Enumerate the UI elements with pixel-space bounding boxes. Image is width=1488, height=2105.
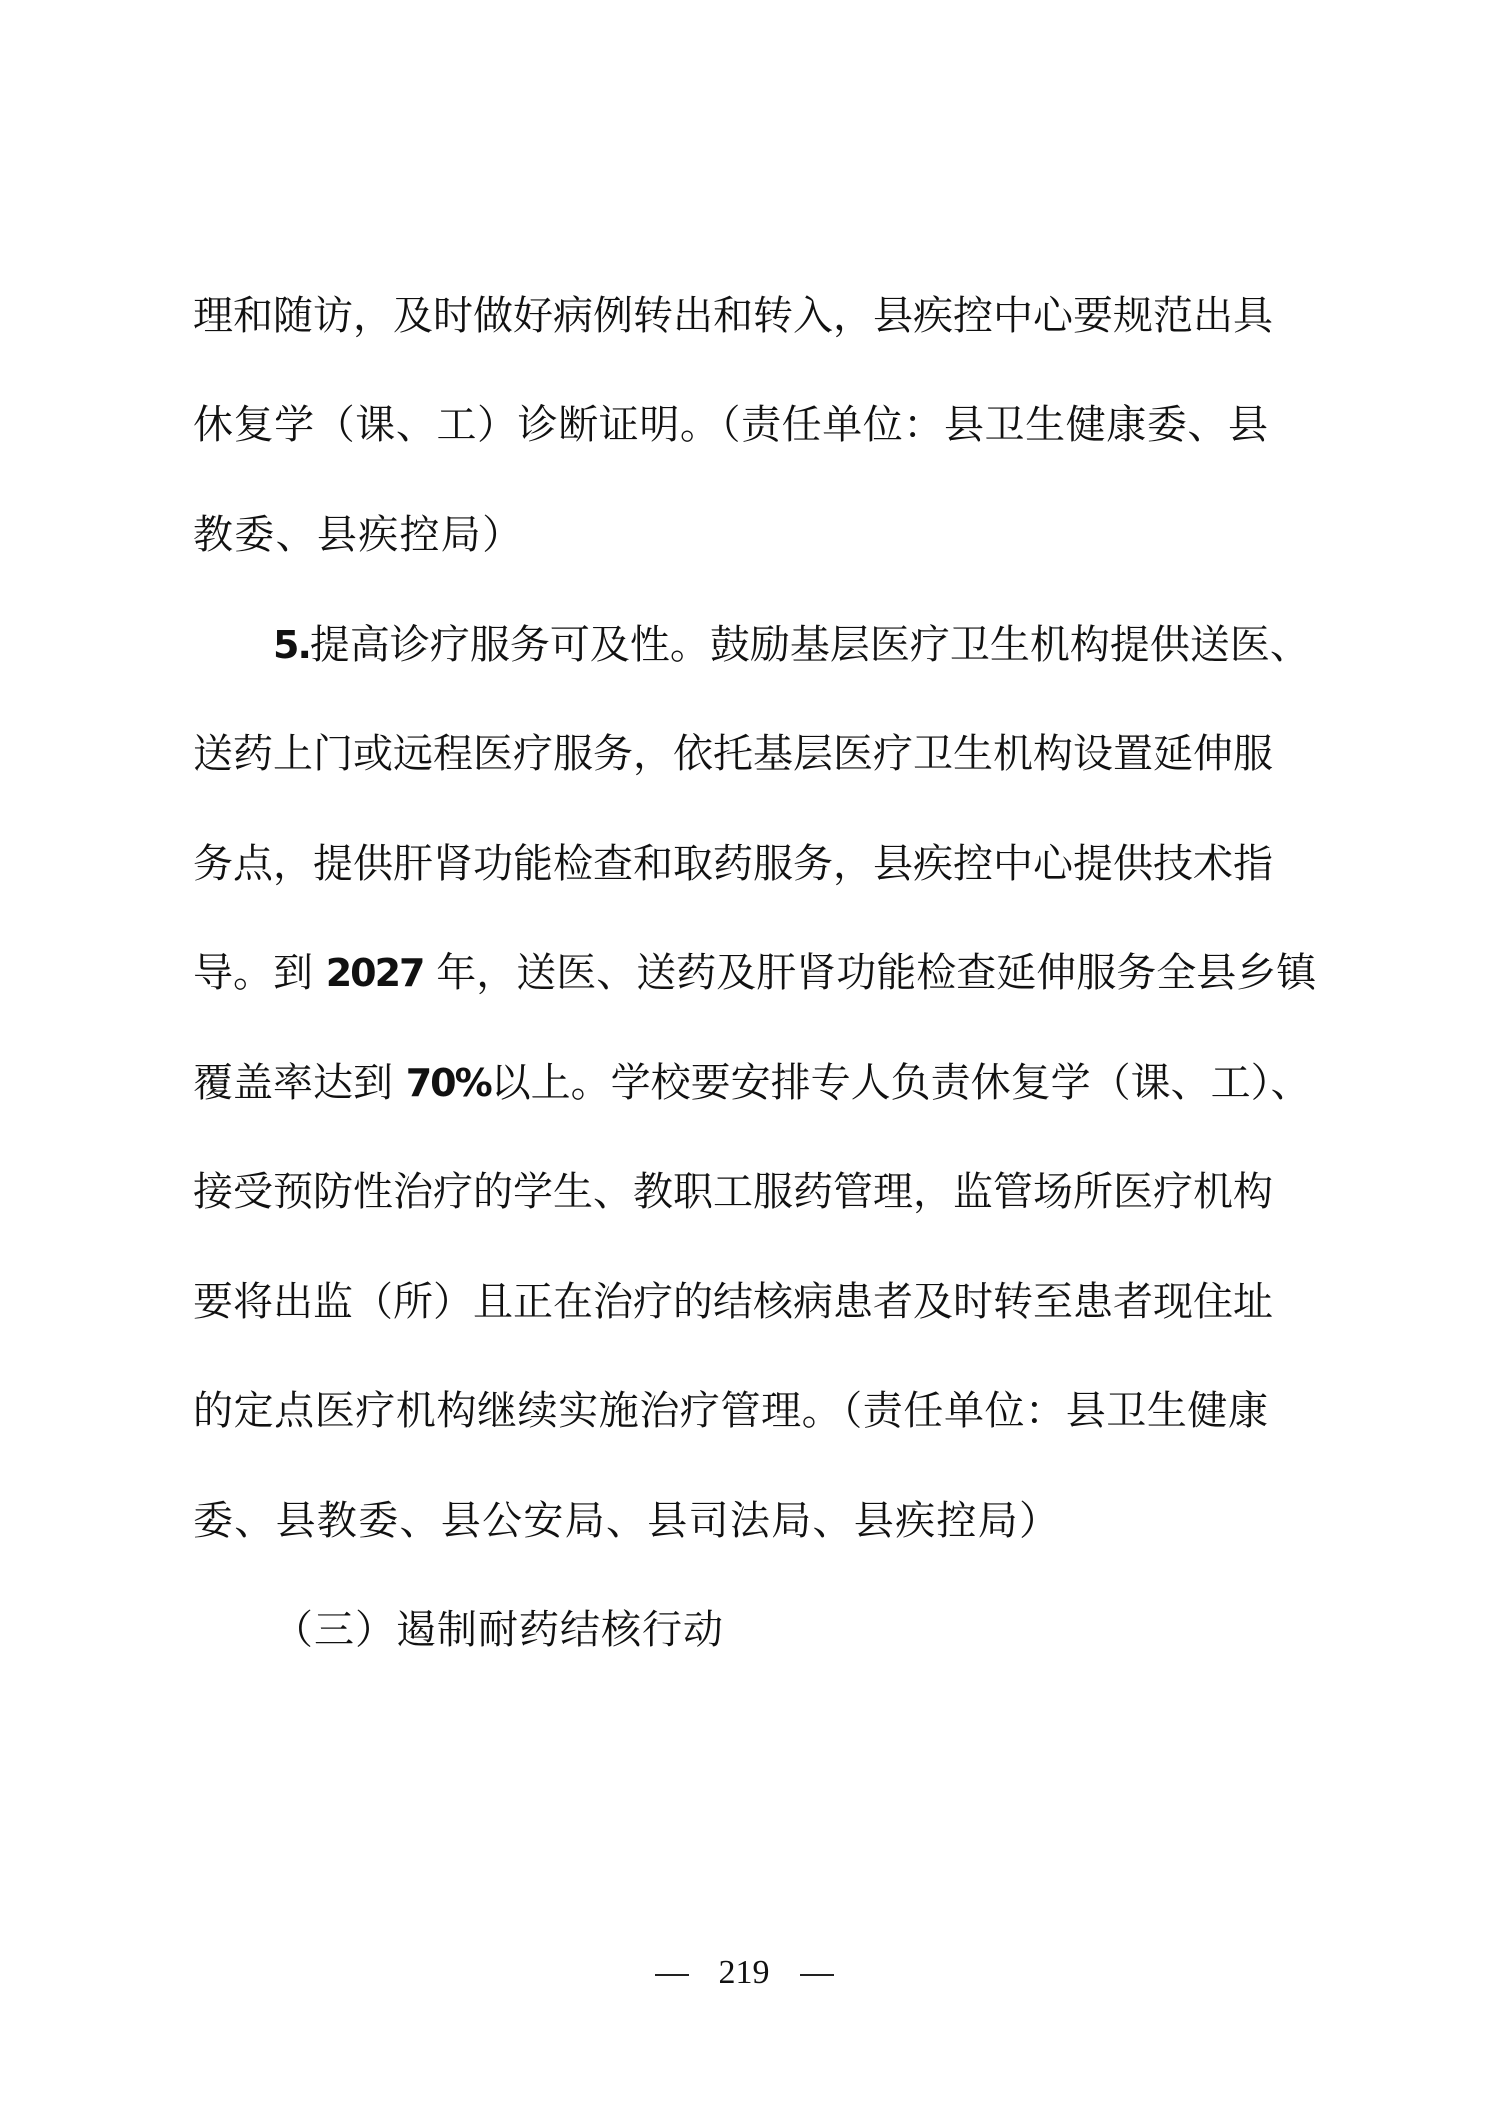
left-dash — [655, 1974, 689, 1976]
line-text: 教委、县疾控局） — [193, 512, 523, 558]
line-text: 接受预防性治疗的学生、教职工服药管理，监管场所医疗机构 — [193, 1169, 1273, 1215]
paragraph-line-1: 理和随访，及时做好病例转出和转入，县疾控中心要规范出具 — [193, 286, 1268, 346]
paragraph-line-11: 的定点医疗机构继续实施治疗管理。（责任单位：县卫生健康 — [193, 1381, 1268, 1441]
right-dash — [800, 1974, 834, 1976]
year-value: 2027 — [326, 951, 424, 995]
paragraph-line-10: 要将出监（所）且正在治疗的结核病患者及时转至患者现住址 — [193, 1272, 1268, 1332]
item-number: 5. — [273, 623, 310, 667]
line-text: 覆盖率达到 — [193, 1060, 393, 1106]
paragraph-line-6: 务点，提供肝肾功能检查和取药服务，县疾控中心提供技术指 — [193, 834, 1268, 894]
paragraph-line-3: 教委、县疾控局） — [193, 505, 523, 565]
line-text: 年，送医、送药及肝肾功能检查延伸服务全县乡镇 — [436, 950, 1316, 996]
line-text: 理和随访，及时做好病例转出和转入，县疾控中心要规范出具 — [193, 293, 1273, 339]
percent-value: 70% — [406, 1061, 491, 1105]
line-text: 提高诊疗服务可及性。鼓励基层医疗卫生机构提供送医、 — [310, 622, 1310, 668]
page-number: 219 — [719, 1954, 770, 1991]
line-text: 导。到 — [193, 950, 313, 996]
section-heading: （三）遏制耐药结核行动 — [273, 1600, 724, 1660]
line-text: 的定点医疗机构继续实施治疗管理。（责任单位：县卫生健康 — [193, 1388, 1268, 1434]
paragraph-line-5: 送药上门或远程医疗服务，依托基层医疗卫生机构设置延伸服 — [193, 724, 1268, 784]
item-5-heading-line: 5.提高诊疗服务可及性。鼓励基层医疗卫生机构提供送医、 — [273, 615, 1268, 675]
paragraph-line-2: 休复学（课、工）诊断证明。（责任单位：县卫生健康委、县 — [193, 395, 1268, 455]
paragraph-line-9: 接受预防性治疗的学生、教职工服药管理，监管场所医疗机构 — [193, 1162, 1268, 1222]
line-text: 要将出监（所）且正在治疗的结核病患者及时转至患者现住址 — [193, 1279, 1273, 1325]
paragraph-line-7: 导。到 2027 年，送医、送药及肝肾功能检查延伸服务全县乡镇 — [193, 943, 1268, 1003]
paragraph-line-8: 覆盖率达到 70%以上。学校要安排专人负责休复学（课、工）、 — [193, 1053, 1268, 1113]
line-text: 务点，提供肝肾功能检查和取药服务，县疾控中心提供技术指 — [193, 841, 1273, 887]
page-footer: 219 — [0, 1950, 1488, 1996]
line-text: 送药上门或远程医疗服务，依托基层医疗卫生机构设置延伸服 — [193, 731, 1273, 777]
line-text: 以上。学校要安排专人负责休复学（课、工）、 — [491, 1060, 1311, 1106]
paragraph-line-12: 委、县教委、县公安局、县司法局、县疾控局） — [193, 1491, 1060, 1551]
section-heading-text: （三）遏制耐药结核行动 — [273, 1607, 724, 1653]
line-text: 委、县教委、县公安局、县司法局、县疾控局） — [193, 1498, 1060, 1544]
document-page: 理和随访，及时做好病例转出和转入，县疾控中心要规范出具 休复学（课、工）诊断证明… — [0, 0, 1488, 2105]
line-text: 休复学（课、工）诊断证明。（责任单位：县卫生健康委、县 — [193, 402, 1268, 448]
